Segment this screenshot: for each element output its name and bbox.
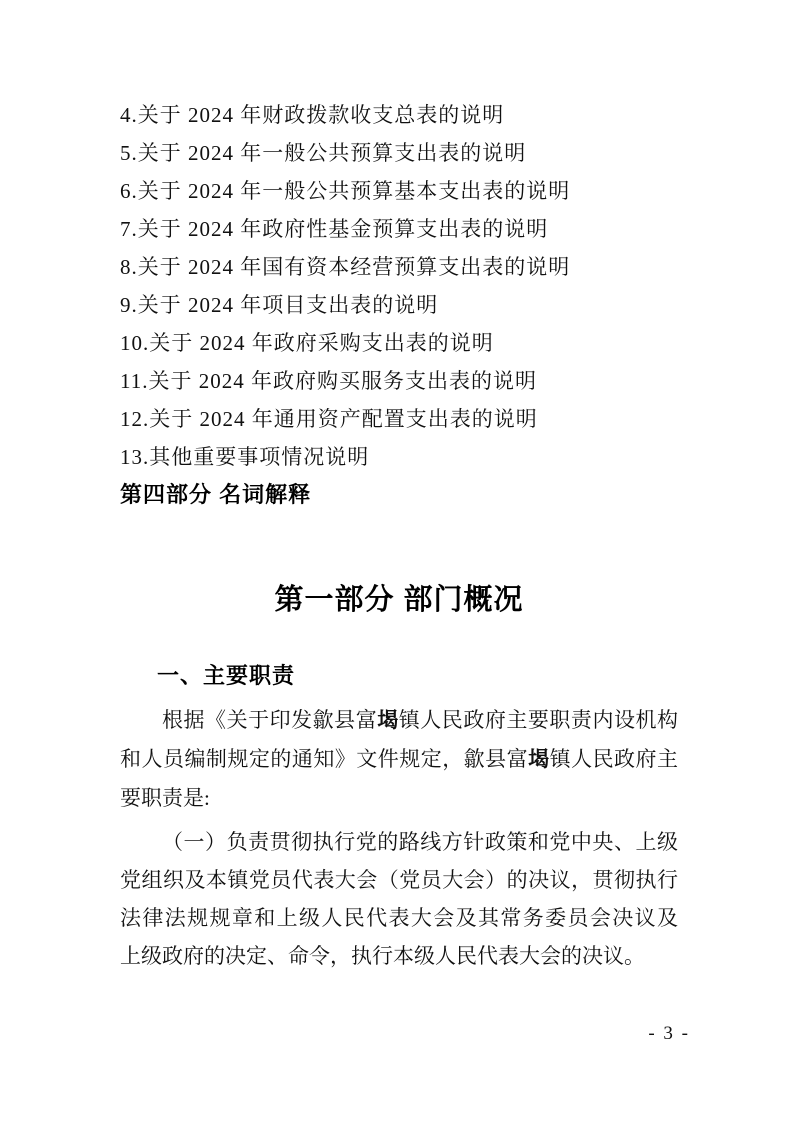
- toc-item: 11.关于 2024 年政府购买服务支出表的说明: [120, 362, 678, 400]
- toc-item: 10.关于 2024 年政府采购支出表的说明: [120, 324, 678, 362]
- table-of-contents: 4.关于 2024 年财政拨款收支总表的说明 5.关于 2024 年一般公共预算…: [120, 96, 678, 514]
- toc-item: 7.关于 2024 年政府性基金预算支出表的说明: [120, 210, 678, 248]
- text-line: 法律法规规章和上级人民代表大会及其常务委员会决议及: [120, 899, 678, 937]
- paragraph-1: 根据《关于印发歙县富堨镇人民政府主要职责内设机构 和人员编制规定的通知》文件规定…: [120, 701, 678, 817]
- rare-character: 堨: [377, 709, 399, 732]
- paragraph-2: （一）负责贯彻执行党的路线方针政策和党中央、上级 党组织及本镇党员代表大会（党员…: [120, 823, 678, 975]
- text-line: 和人员编制规定的通知》文件规定，歙县富堨镇人民政府主: [120, 740, 678, 779]
- page-number: - 3 -: [648, 1022, 690, 1046]
- toc-part4-heading: 第四部分 名词解释: [120, 476, 678, 514]
- section-heading: 第一部分 部门概况: [120, 579, 678, 621]
- document-page: 4.关于 2024 年财政拨款收支总表的说明 5.关于 2024 年一般公共预算…: [0, 0, 793, 1122]
- text-line: 根据《关于印发歙县富堨镇人民政府主要职责内设机构: [120, 701, 678, 740]
- subsection-heading: 一、主要职责: [120, 657, 678, 695]
- toc-item: 12.关于 2024 年通用资产配置支出表的说明: [120, 400, 678, 438]
- text-line: 要职责是:: [120, 779, 678, 817]
- toc-item: 8.关于 2024 年国有资本经营预算支出表的说明: [120, 248, 678, 286]
- text-line: 上级政府的决定、命令，执行本级人民代表大会的决议。: [120, 937, 678, 975]
- text-line: （一）负责贯彻执行党的路线方针政策和党中央、上级: [120, 823, 678, 861]
- rare-character: 堨: [528, 748, 549, 771]
- text-line: 党组织及本镇党员代表大会（党员大会）的决议，贯彻执行: [120, 861, 678, 899]
- toc-item: 4.关于 2024 年财政拨款收支总表的说明: [120, 96, 678, 134]
- toc-item: 9.关于 2024 年项目支出表的说明: [120, 286, 678, 324]
- toc-item: 5.关于 2024 年一般公共预算支出表的说明: [120, 134, 678, 172]
- toc-item: 6.关于 2024 年一般公共预算基本支出表的说明: [120, 172, 678, 210]
- toc-item: 13.其他重要事项情况说明: [120, 438, 678, 476]
